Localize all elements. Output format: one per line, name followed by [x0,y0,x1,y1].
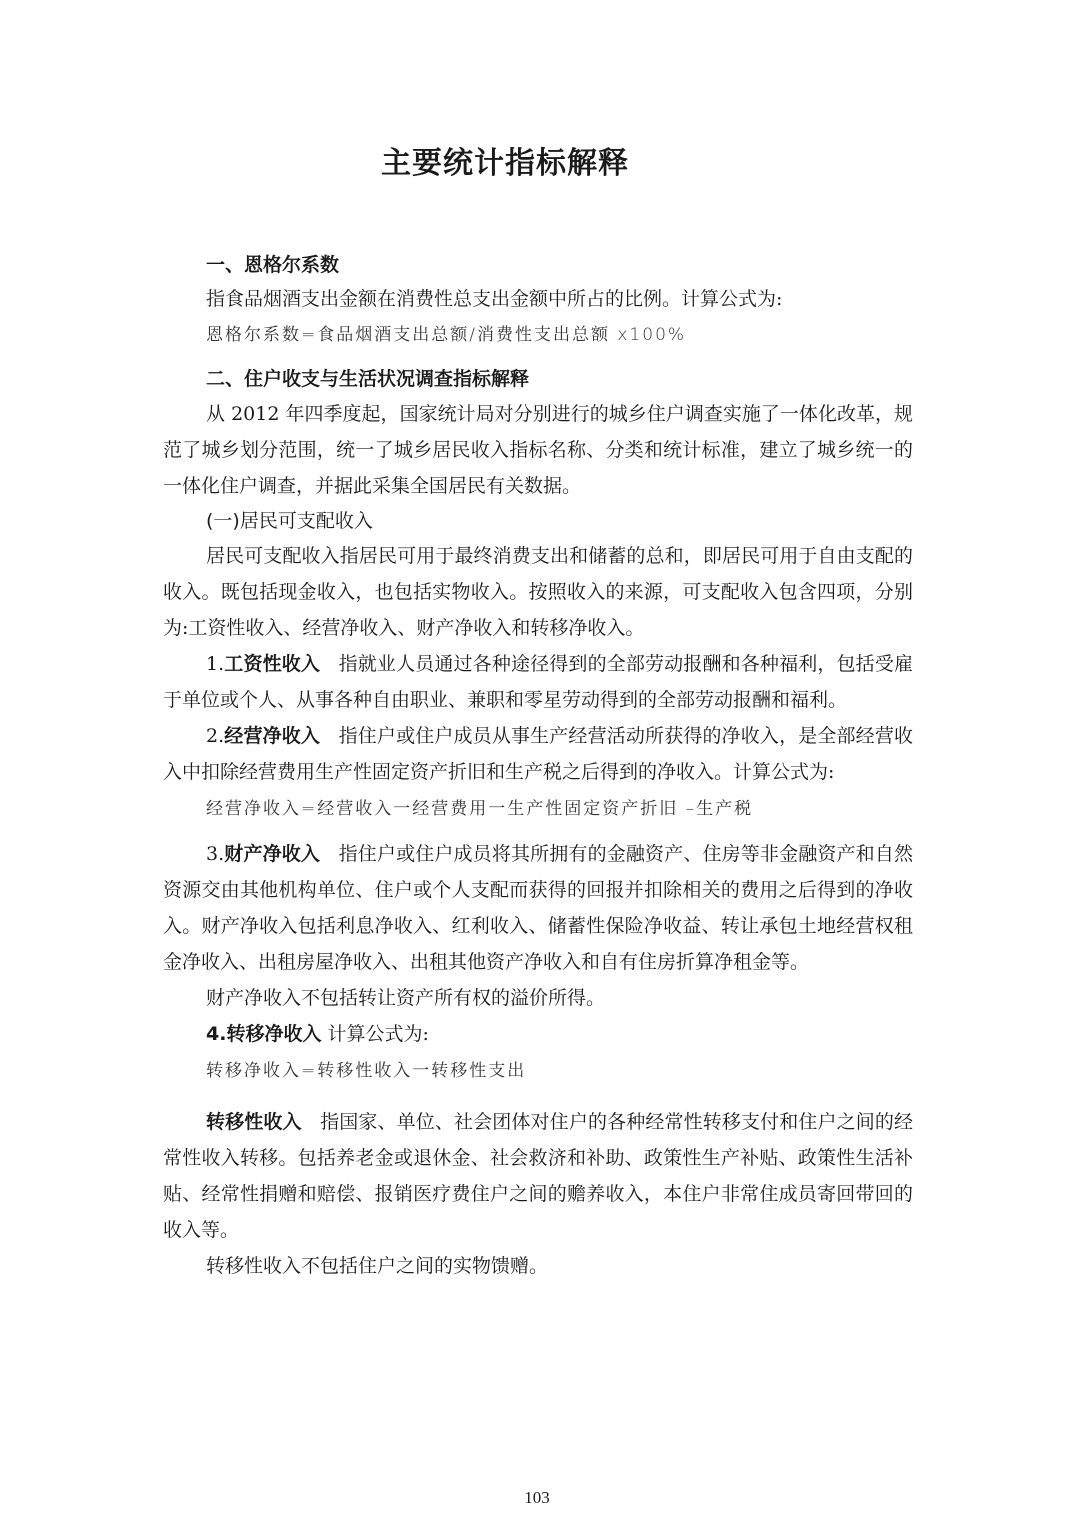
section-heading-household: 二、住户收支与生活状况调查指标解释 [163,362,913,396]
item-wage-income: 1.工资性收入 指就业人员通过各种途径得到的全部劳动报酬和各种福利，包括受雇于单… [163,646,913,718]
item-number: 4. [206,1023,226,1045]
item-business-income: 2.经营净收入 指住户或住户成员从事生产经营活动所获得的净收入，是全部经营收入中… [163,718,913,790]
transfer-income-formula: 转移净收入=转移性收入一转移性支出 [163,1052,913,1090]
disposable-income-definition: 居民可支配收入指居民可用于最终消费支出和储蓄的总和，即居民可用于自由支配的收入。… [163,538,913,646]
item-number: 2. [206,725,224,747]
item-number: 1. [206,653,224,675]
property-income-note: 财产净收入不包括转让资产所有权的溢价所得。 [163,980,913,1016]
item-term: 转移净收入 [226,1023,321,1045]
item-term: 财产净收入 [224,843,320,865]
page-title: 主要统计指标解释 [0,138,1010,182]
item-term: 工资性收入 [224,653,320,675]
document-body: 一、恩格尔系数 指食品烟酒支出金额在消费性总支出金额中所占的比例。计算公式为: … [163,248,913,1284]
business-income-formula: 经营净收入=经营收入一经营费用一生产性固定资产折旧 –生产税 [163,790,913,828]
item-property-income: 3.财产净收入 指住户或住户成员将其所拥有的金融资产、住房等非金融资产和自然资源… [163,836,913,980]
item-term: 经营净收入 [224,725,320,747]
household-intro: 从 2012 年四季度起，国家统计局对分别进行的城乡住户调查实施了一体化改革，规… [163,396,913,504]
item-number: 3. [206,843,224,865]
engel-formula: 恩格尔系数=食品烟酒支出总额/消费性支出总额 x100% [163,316,913,354]
item-term: 转移性收入 [206,1111,302,1133]
item-text: 计算公式为: [328,1023,429,1045]
section-heading-engel: 一、恩格尔系数 [163,248,913,282]
subsection-heading-disposable-income: (一)居民可支配收入 [163,504,913,538]
transfer-income-note: 转移性收入不包括住户之间的实物馈赠。 [163,1248,913,1284]
item-transfer-net-income: 4.转移净收入 计算公式为: [163,1016,913,1052]
transfer-income-definition: 转移性收入 指国家、单位、社会团体对住户的各种经常性转移支付和住户之间的经常性收… [163,1104,913,1248]
page-number: 103 [0,1488,1074,1508]
engel-definition: 指食品烟酒支出金额在消费性总支出金额中所占的比例。计算公式为: [163,282,913,316]
